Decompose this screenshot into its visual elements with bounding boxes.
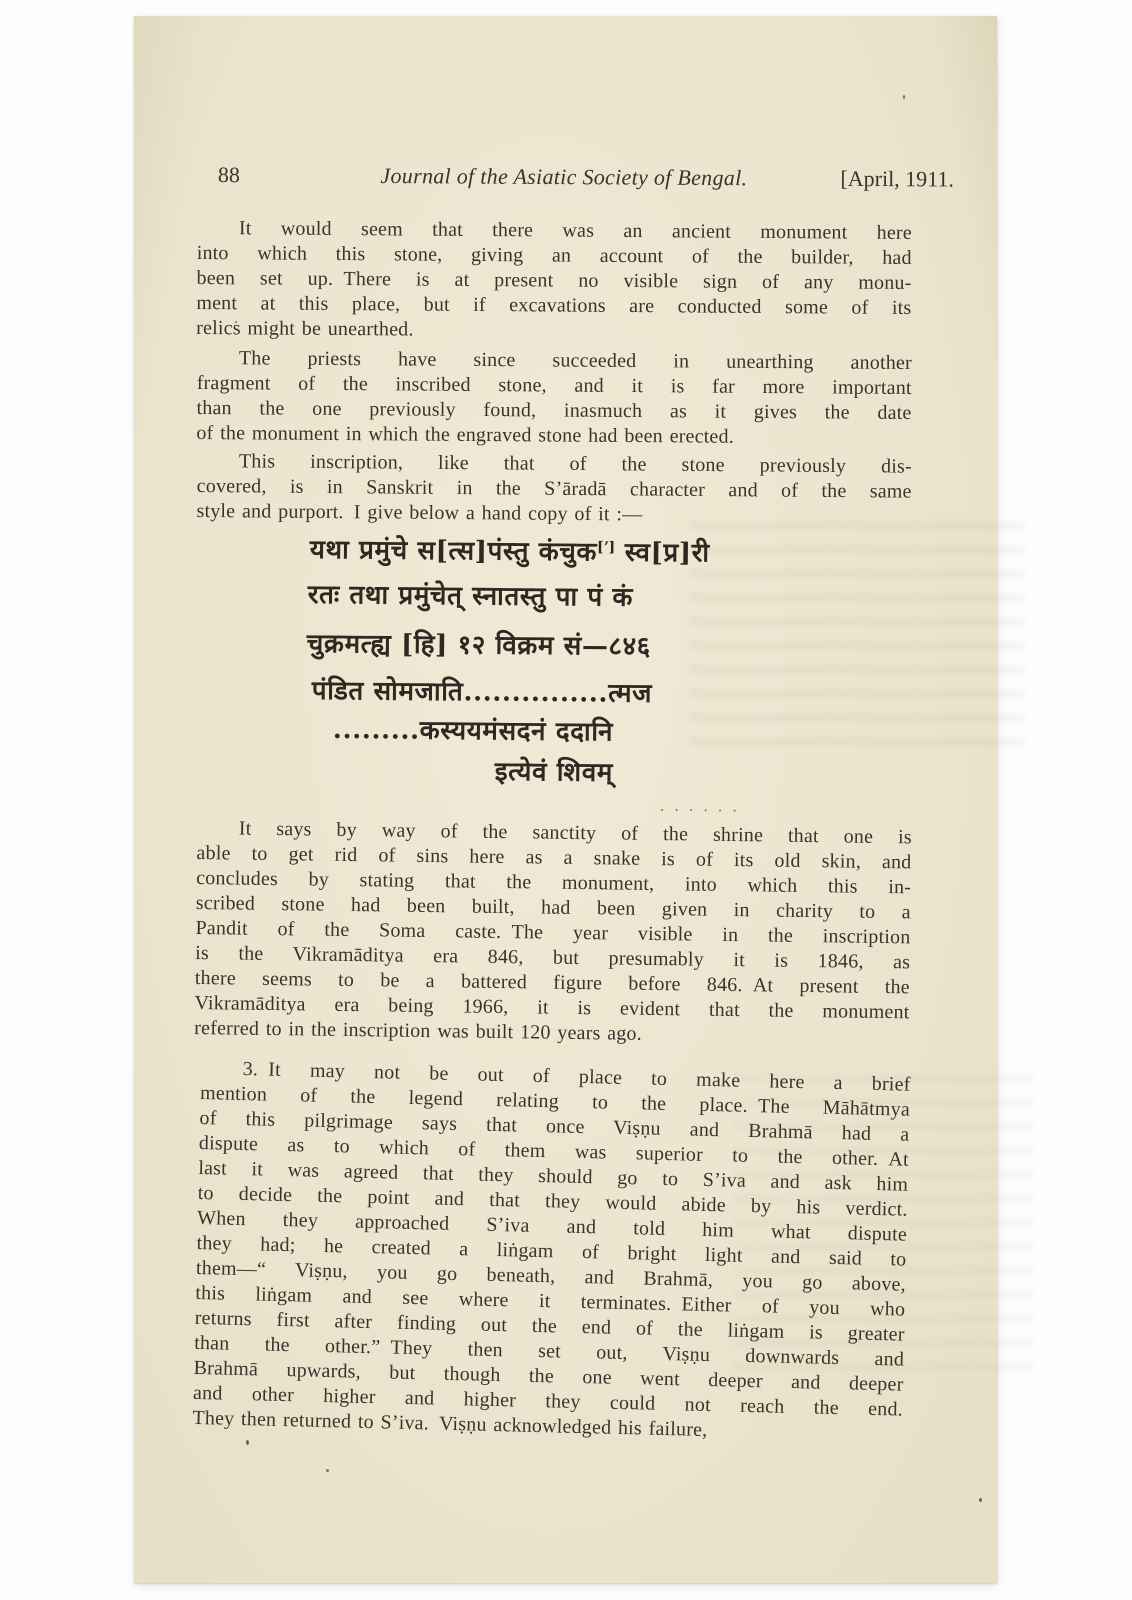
book-page: 88 Journal of the Asiatic Society of Ben… <box>134 16 997 1583</box>
issue-date: [April, 1911. <box>774 165 954 192</box>
inscription-superscript: [ʼ] <box>597 540 615 556</box>
inscription-line: रतः तथा प्रमुंचेत् स्नातस्तु पा पं कं <box>308 580 633 613</box>
ellipsis-dots: . . . . . . <box>660 796 740 817</box>
paragraph-2: The priests have since succeeded in unea… <box>196 346 912 451</box>
inscription-text: यथा प्रमुंचे स[त्स]पंस्तु कंचुक <box>310 535 597 568</box>
ink-showthrough-artifact <box>689 511 1024 746</box>
running-header: 88 Journal of the Asiatic Society of Ben… <box>218 162 955 195</box>
dust-speck <box>979 1498 982 1502</box>
dust-speck <box>326 1469 329 1472</box>
inscription-line: यथा प्रमुंचे स[त्स]पंस्तु कंचुक[ʼ] स्व[प… <box>310 530 710 568</box>
journal-title: Journal of the Asiatic Society of Bengal… <box>334 163 794 192</box>
dust-speck <box>235 321 237 323</box>
text-line: of the monument in which the engraved st… <box>196 421 911 451</box>
paragraph-5: 3. It may not be out of place to make he… <box>192 1056 911 1448</box>
inscription-line: चुक्रमत्ह्य [हि] १२ विक्रम सं—८४६ <box>307 629 651 662</box>
paragraph-1: It would seem that there was an ancient … <box>196 216 912 346</box>
dust-speck <box>903 95 905 99</box>
paragraph-4: It says by way of the sanctity of the sh… <box>194 816 912 1050</box>
inscription-line: .........कस्ययमंसदनं ददानि <box>333 715 613 747</box>
page-number: 88 <box>218 162 240 188</box>
inscription-text: स्व[प्र]री <box>615 538 710 569</box>
text-line: relics might be unearthed. <box>196 316 911 346</box>
inscription-line: पंडित सोमजाति...............त्मज <box>312 676 652 709</box>
scanned-journal-page-background: { "scan": { "header": { "page_number": "… <box>0 0 1132 1600</box>
paragraph-3: This inscription, like that of the stone… <box>196 449 912 530</box>
inscription-line: इत्येवं शिवम् <box>495 757 613 788</box>
dust-speck <box>246 1440 249 1445</box>
